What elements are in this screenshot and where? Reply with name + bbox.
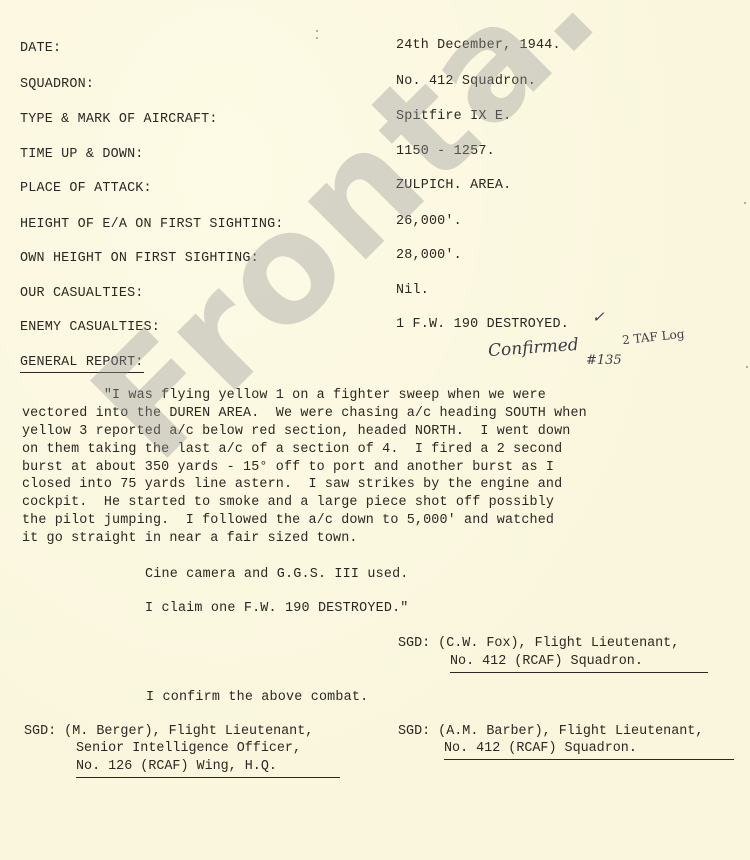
general-report-heading: GENERAL REPORT: — [20, 355, 144, 373]
handwritten-tag: 2 TAF Log — [621, 327, 685, 347]
field-label-aircraft: TYPE & MARK OF AIRCRAFT: — [20, 112, 218, 127]
checkmark-icon: ✓ — [592, 308, 605, 326]
field-value-aircraft: Spitfire IX E. — [396, 109, 511, 124]
handwritten-confirmed: Confirmed — [487, 335, 579, 361]
field-value-enemy-casualties: 1 F.W. 190 DESTROYED. — [396, 317, 569, 332]
field-value-date: 24th December, 1944. — [396, 38, 561, 53]
report-line: closed into 75 yards line astern. I saw … — [22, 477, 562, 492]
handwritten-number: #135 — [586, 353, 622, 368]
cine-camera-line: Cine camera and G.G.S. III used. — [145, 567, 409, 582]
intel-signature-line3: No. 126 (RCAF) Wing, H.Q. — [76, 759, 277, 774]
field-value-ea-height: 26,000'. — [396, 214, 462, 229]
field-label-enemy-casualties: ENEMY CASUALTIES: — [20, 320, 160, 335]
field-value-our-casualties: Nil. — [396, 283, 429, 298]
report-line: the pilot jumping. I followed the a/c do… — [22, 513, 554, 528]
report-line: it go straight in near a fair sized town… — [22, 531, 358, 546]
intel-signature-line1: SGD: (M. Berger), Flight Lieutenant, — [24, 724, 313, 739]
paper-speck — [316, 37, 318, 39]
co-signature-line1: SGD: (A.M. Barber), Flight Lieutenant, — [398, 724, 703, 739]
pilot-signature-underline — [450, 672, 708, 673]
pilot-signature-line1: SGD: (C.W. Fox), Flight Lieutenant, — [398, 636, 679, 651]
intel-signature-line2: Senior Intelligence Officer, — [76, 741, 301, 756]
field-value-time: 1150 - 1257. — [396, 144, 495, 159]
paper-speck — [744, 202, 746, 204]
field-label-time: TIME UP & DOWN: — [20, 147, 144, 162]
report-line: on them taking the last a/c of a section… — [22, 442, 562, 457]
intel-signature-underline — [76, 777, 340, 778]
report-line: burst at about 350 yards - 15° off to po… — [22, 460, 554, 475]
claim-line: I claim one F.W. 190 DESTROYED." — [145, 601, 409, 616]
confirm-line: I confirm the above combat. — [146, 690, 368, 705]
paper-speck — [746, 366, 748, 368]
report-line: cockpit. He started to smoke and a large… — [22, 495, 554, 510]
paper-speck — [316, 30, 318, 32]
field-value-own-height: 28,000'. — [396, 248, 462, 263]
co-signature-line2: No. 412 (RCAF) Squadron. — [444, 741, 637, 756]
field-label-own-height: OWN HEIGHT ON FIRST SIGHTING: — [20, 251, 259, 266]
field-value-place: ZULPICH. AREA. — [396, 178, 511, 193]
field-value-squadron: No. 412 Squadron. — [396, 74, 536, 89]
report-line: "I was flying yellow 1 on a fighter swee… — [22, 388, 546, 403]
field-label-date: DATE: — [20, 41, 61, 56]
pilot-signature-line2: No. 412 (RCAF) Squadron. — [450, 654, 643, 669]
field-label-squadron: SQUADRON: — [20, 77, 94, 92]
document-page: DATE: 24th December, 1944. SQUADRON: No.… — [0, 0, 750, 860]
co-signature-underline — [444, 759, 734, 760]
field-label-place: PLACE OF ATTACK: — [20, 181, 152, 196]
field-label-our-casualties: OUR CASUALTIES: — [20, 286, 144, 301]
report-line: yellow 3 reported a/c below red section,… — [22, 424, 570, 439]
report-line: vectored into the DUREN AREA. We were ch… — [22, 406, 587, 421]
field-label-ea-height: HEIGHT OF E/A ON FIRST SIGHTING: — [20, 217, 284, 232]
